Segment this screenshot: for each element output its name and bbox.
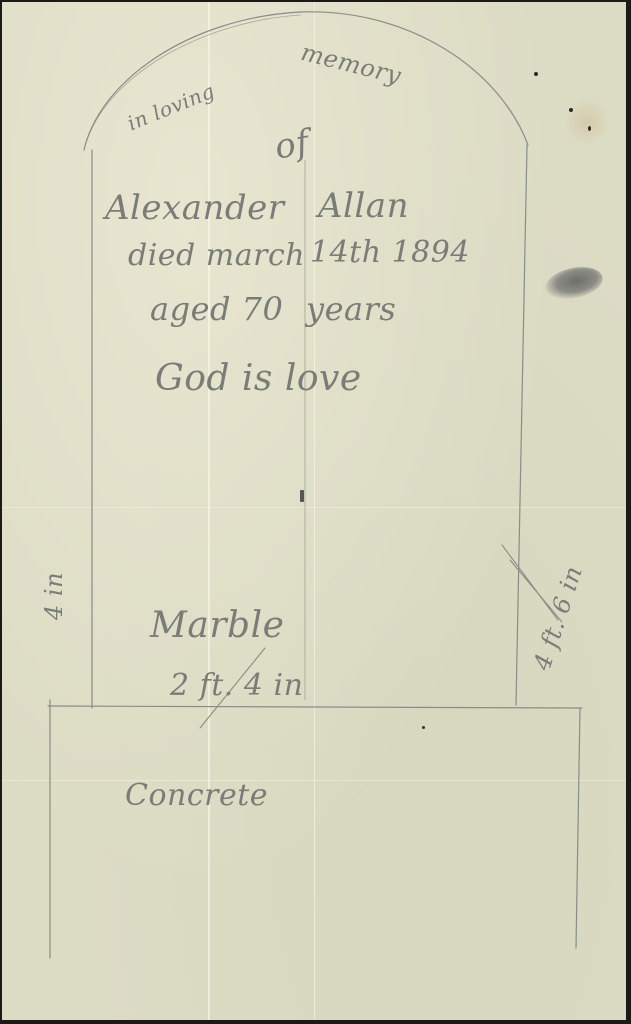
inscription-first-name: Alexander [105, 188, 285, 228]
inscription-years: years [306, 290, 396, 328]
inscription-surname: Allan [318, 186, 409, 226]
width-dimension: 2 ft. 4 in [170, 668, 303, 703]
base-right-edge [576, 708, 580, 948]
inscription-aged: aged 70 [150, 290, 283, 328]
headstone-right-edge [516, 145, 527, 705]
inscription-of: of [272, 122, 312, 167]
ink-dot [569, 108, 573, 112]
pencil-mark [300, 490, 304, 502]
material-label: Marble [150, 605, 284, 646]
ink-dot [588, 126, 591, 131]
base-label: Concrete [125, 778, 268, 813]
left-height-dimension: 4 in [40, 572, 68, 620]
headstone-outline-drawing [0, 0, 631, 1024]
ink-dot [534, 72, 538, 76]
inscription-died: died march [128, 238, 305, 273]
inscription-epitaph: God is love [155, 358, 362, 399]
base-top-edge [48, 706, 582, 708]
pencil-dot [422, 726, 425, 729]
inscription-date: 14th 1894 [310, 235, 470, 270]
